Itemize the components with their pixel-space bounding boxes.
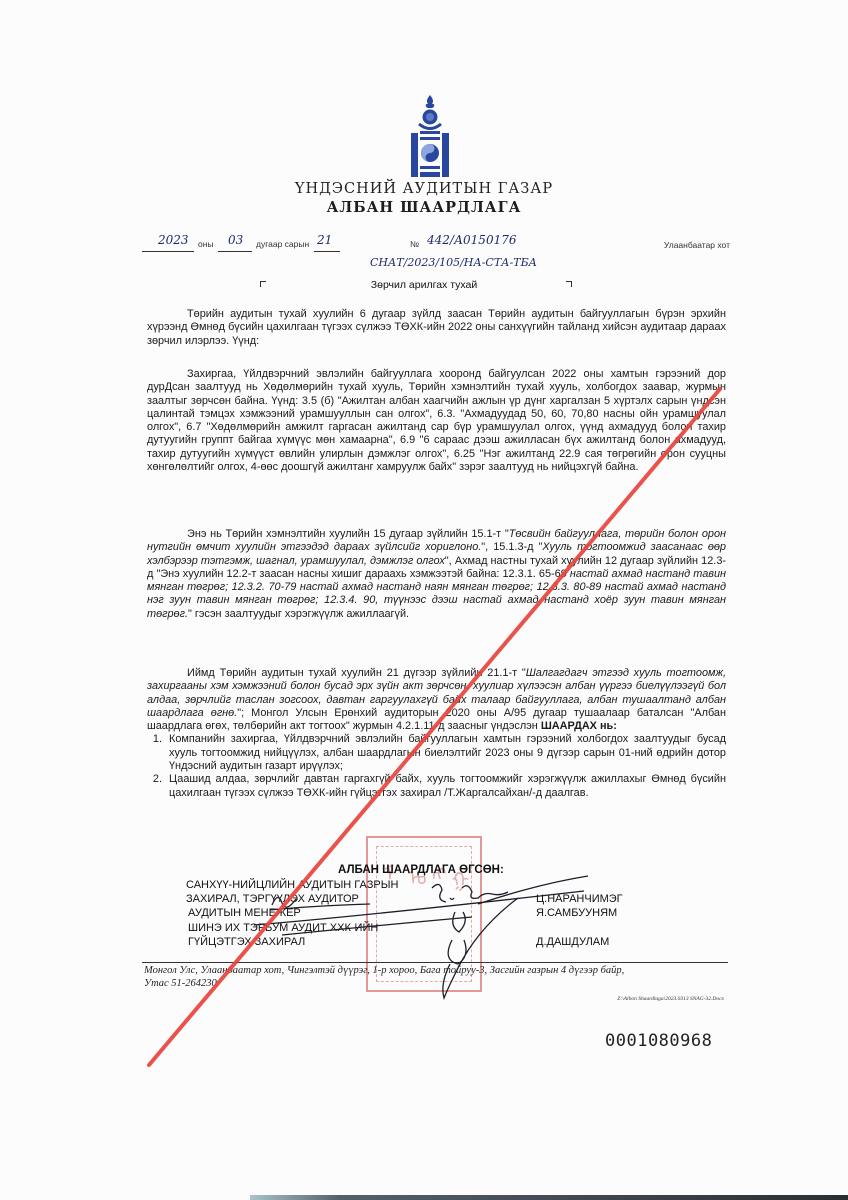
bracket-right bbox=[566, 281, 572, 287]
signature-row: ШИНЭ ИХ ТЭРБУМ АУДИТ ХХК-ИЙН bbox=[186, 921, 666, 935]
signature-block: САНХҮҮ-НИЙЦЛИЙН АУДИТЫН ГАЗРЫН ЗАХИРАЛ, … bbox=[186, 878, 666, 949]
paragraph-violations: Захиргаа, Үйлдвэрчний эвлэлийн байгуулла… bbox=[147, 368, 726, 474]
signer-name: Ц.НАРАНЧИМЭГ bbox=[536, 892, 623, 906]
subject-title: Зөрчил арилгах тухай bbox=[0, 279, 848, 291]
subject-row: Зөрчил арилгах тухай bbox=[0, 278, 848, 294]
month-blank: 03 bbox=[218, 237, 252, 252]
signature-row: АУДИТЫН МЕНЕЖЕР Я.САМБУУНЯМ bbox=[186, 906, 666, 920]
year-blank: 2023 bbox=[142, 237, 194, 252]
document-type-title: АЛБАН ШААРДЛАГА bbox=[0, 199, 848, 216]
signature-row: ГҮЙЦЭТГЭХ ЗАХИРАЛ Д.ДАШДУЛАМ bbox=[186, 935, 666, 949]
signer-title: АУДИТЫН МЕНЕЖЕР bbox=[188, 906, 301, 920]
reference-code-handwritten: СНАТ/2023/105/НА-СТА-ТБА bbox=[370, 256, 537, 269]
serial-number: 0001080968 bbox=[605, 1031, 712, 1051]
signer-title: ГҮЙЦЭТГЭХ ЗАХИРАЛ bbox=[188, 935, 305, 949]
soyombo-emblem-icon bbox=[410, 93, 450, 181]
signer-name: Я.САМБУУНЯМ bbox=[536, 906, 617, 920]
paragraph-legal-basis: Энэ нь Төрийн хэмнэлтийн хуулийн 15 дуга… bbox=[147, 528, 726, 621]
signer-title: ШИНЭ ИХ ТЭРБУМ АУДИТ ХХК-ИЙН bbox=[188, 921, 378, 935]
signer-title: ЗАХИРАЛ, ТЭРГҮҮЛЭХ АУДИТОР bbox=[186, 892, 359, 906]
signer-name: Д.ДАШДУЛАМ bbox=[536, 935, 609, 949]
year-label: оны bbox=[198, 239, 214, 249]
number-handwritten: 442/А0150176 bbox=[427, 233, 516, 247]
scan-edge-strip bbox=[250, 1195, 848, 1200]
month-handwritten: 03 bbox=[228, 233, 243, 247]
signer-title: САНХҮҮ-НИЙЦЛИЙН АУДИТЫН ГАЗРЫН bbox=[186, 878, 398, 892]
paragraph-violations-text: Захиргаа, Үйлдвэрчний эвлэлийн байгуулла… bbox=[147, 368, 726, 474]
demand-item: Цаашид алдаа, зөрчлийг давтан гаргахгүй … bbox=[165, 773, 726, 800]
day-blank: 21 bbox=[314, 237, 340, 252]
day-handwritten: 21 bbox=[317, 233, 332, 247]
address-text: Монгол Улс, Улаанбаатар хот, Чингэлтэй д… bbox=[144, 965, 624, 976]
city-label: Улаанбаатар хот bbox=[664, 240, 730, 250]
demand-item: Компанийн захиргаа, Үйлдвэрчний эвлэлийн… bbox=[165, 733, 726, 773]
footer-address: Монгол Улс, Улаанбаатар хот, Чингэлтэй д… bbox=[144, 964, 730, 990]
month-label: дугаар сарын bbox=[256, 239, 309, 249]
signature-row: САНХҮҮ-НИЙЦЛИЙН АУДИТЫН ГАЗРЫН bbox=[186, 878, 666, 892]
file-reference: Z:\Albon Shaardlaga\2023.0313 SNAG-32.Do… bbox=[617, 996, 724, 1002]
paragraph-demand: Иймд Төрийн аудитын тухай хуулийн 21 дүг… bbox=[147, 667, 726, 800]
document-meta-row: 2023 оны 03 дугаар сарын 21 № 442/А01501… bbox=[142, 237, 730, 255]
year-handwritten: 2023 bbox=[158, 233, 189, 247]
footer-divider bbox=[142, 962, 728, 963]
paragraph-demand-text: Иймд Төрийн аудитын тухай хуулийн 21 дүг… bbox=[147, 667, 726, 733]
paragraph-intro-text: Төрийн аудитын тухай хуулийн 6 дугаар зү… bbox=[147, 308, 726, 348]
number-label: № bbox=[410, 239, 419, 249]
signature-row: ЗАХИРАЛ, ТЭРГҮҮЛЭХ АУДИТОР Ц.НАРАНЧИМЭГ bbox=[186, 892, 666, 906]
paragraph-legal-basis-text: Энэ нь Төрийн хэмнэлтийн хуулийн 15 дуга… bbox=[147, 528, 726, 621]
paragraph-intro: Төрийн аудитын тухай хуулийн 6 дугаар зү… bbox=[147, 308, 726, 348]
demands-list: Компанийн захиргаа, Үйлдвэрчний эвлэлийн… bbox=[147, 733, 726, 799]
phone-text: Утас 51-264230 bbox=[144, 978, 217, 989]
issued-by-label: АЛБАН ШААРДЛАГА ӨГСӨН: bbox=[338, 864, 504, 876]
organization-name: ҮНДЭСНИЙ АУДИТЫН ГАЗАР bbox=[0, 181, 848, 197]
document-page: ҮНДЭСНИЙ АУДИТЫН ГАЗАР АЛБАН ШААРДЛАГА 2… bbox=[0, 0, 848, 1200]
